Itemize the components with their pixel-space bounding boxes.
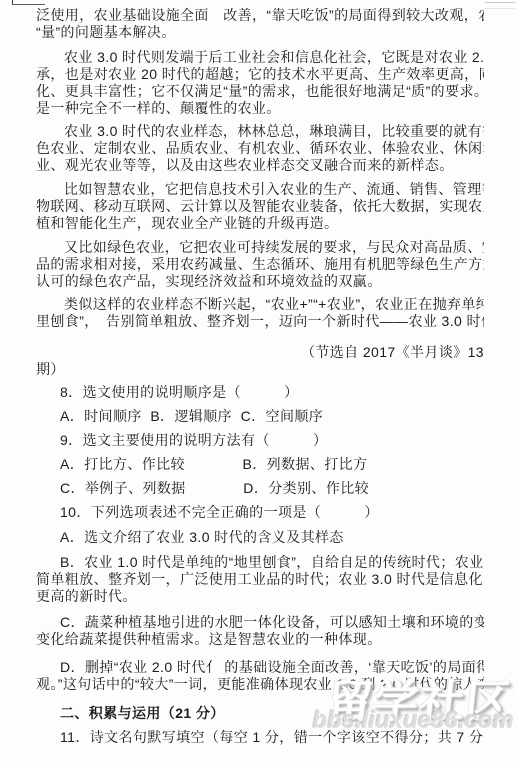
paragraph-line: 类似这样的农业样态不断兴起，“农业+”“+农业”，农业正在抛弃单纯的“地 bbox=[36, 296, 484, 313]
paragraph-line: 业、观光农业等等，以及由这些农业样态交叉融合而来的新样态。 bbox=[36, 157, 484, 174]
question-10-option-c: C．蔬菜种植基地引进的水肥一体化设备，可以感知土壤和环境的变化，根据这个 bbox=[36, 614, 484, 631]
source-citation: （节选自 2017《半月谈》13 bbox=[36, 344, 484, 361]
question-9-stem: 9．选文主要使用的说明方法有（ ） bbox=[36, 432, 484, 449]
paragraph-line: 承，也是对农业 20 时代的超越；它的技术水平更高、生产效率更高，同时也更加个性 bbox=[36, 66, 484, 83]
paragraph-line: 里刨食”， 告别简单粗放、整齐划一，迈向一个新时代——农业 3.0 时代。 bbox=[36, 313, 484, 330]
section-heading: 二、积累与运用（21 分） bbox=[36, 705, 484, 722]
question-9-options-row1: A．打比方、作比较 B．列数据、打比方 bbox=[36, 456, 484, 473]
question-9-options-row2: C．举例子、列数据 D．分类别、作比较 bbox=[36, 480, 484, 497]
paragraph-line: 植和智能化生产，现农业全产业链的升级再造。 bbox=[36, 215, 484, 232]
paragraph-line: “量”的问题基本解决。 bbox=[36, 24, 484, 41]
question-10-option-b: 更高的新时代。 bbox=[36, 588, 484, 605]
paragraph-line: 泛使用，农业基础设施全面 改善，“靠天吃饭”的局面得到较大改观，农产品 bbox=[36, 7, 484, 24]
exam-page: 泛使用，农业基础设施全面 改善，“靠天吃饭”的局面得到较大改观，农产品 “量”的… bbox=[0, 0, 518, 763]
paragraph-line: 化、更具丰富性；它不仅满足“量”的需求，也能很好地满足“质”的要求。总之， bbox=[36, 83, 484, 100]
paragraph-line: 物联网、移动互联网、云计算以及智能农业装备，依托大数据，实现农业的精细化种 bbox=[36, 198, 484, 215]
paragraph-line: 农业 3.0 时代的农业样态，林林总总，琳琅满目，比较重要的就有智慧农业、绿 bbox=[36, 123, 484, 140]
source-citation-wrap: 期） bbox=[36, 361, 484, 378]
question-10-option-a: A．选文介绍了农业 3.0 时代的含义及其样态 bbox=[36, 529, 484, 546]
paragraph-line: 是一种完全不一样的、颠覆性的农业。 bbox=[36, 100, 484, 117]
paragraph-line: 品的需求相对接，采用农药减量、生态循环、施用有机肥等绿色生产方式，生产市场 bbox=[36, 256, 484, 273]
paragraph-line: 又比如绿色农业，它把农业可持续发展的要求，与民众对高品质、安全健康农产 bbox=[36, 239, 484, 256]
question-8-options: A．时间顺序 B．逻辑顺序 C．空间顺序 bbox=[36, 408, 484, 425]
question-10-option-b: 简单粗放、整齐划一，广泛使用工业品的时代；农业 3.0 时代是信息化、技术化水平 bbox=[36, 571, 484, 588]
question-10-stem: 10．下列选项表述不完全正确的一项是（ ） bbox=[36, 504, 484, 521]
question-11-stem: 11．诗文名句默写填空（每空 1 分，错一个字该空不得分；共 7 分） bbox=[36, 729, 484, 746]
paragraph-line: 比如智慧农业，它把信息技术引入农业的生产、流通、销售、管理等环节，依托 bbox=[36, 181, 484, 198]
paragraph-line: 色农业、定制农业、品质农业、有机农业、循环农业、体验农业、休闲农业、养生农 bbox=[36, 140, 484, 157]
question-10-option-c: 变化给蔬菜提供种植需求。这是智慧农业的一种体现。 bbox=[36, 631, 484, 648]
paragraph-line: 农业 3.0 时代则发端于后工业社会和信息化社会，它既是对农业 2.0 时代的继 bbox=[36, 49, 484, 66]
question-10-option-b: B．农业 1.0 时代是单纯的“地里刨食”，自给自足的传统时代；农业 2.0 时… bbox=[36, 554, 484, 571]
question-8-stem: 8．选文使用的说明顺序是（ ） bbox=[36, 384, 484, 401]
paragraph-line: 认可的绿色农产品，实现经济效益和环境效益的双赢。 bbox=[36, 273, 484, 290]
question-10-option-d: 观。”这句话中的“较大”一词，更能准确体现农业 1.0 到 2.0 时代的惊人变… bbox=[36, 676, 484, 693]
question-10-option-d: D．删掉“农业 2.0 时代亻 的基础设施全面改善，‘靠天吃饭’的局面得到较大改 bbox=[36, 659, 484, 676]
